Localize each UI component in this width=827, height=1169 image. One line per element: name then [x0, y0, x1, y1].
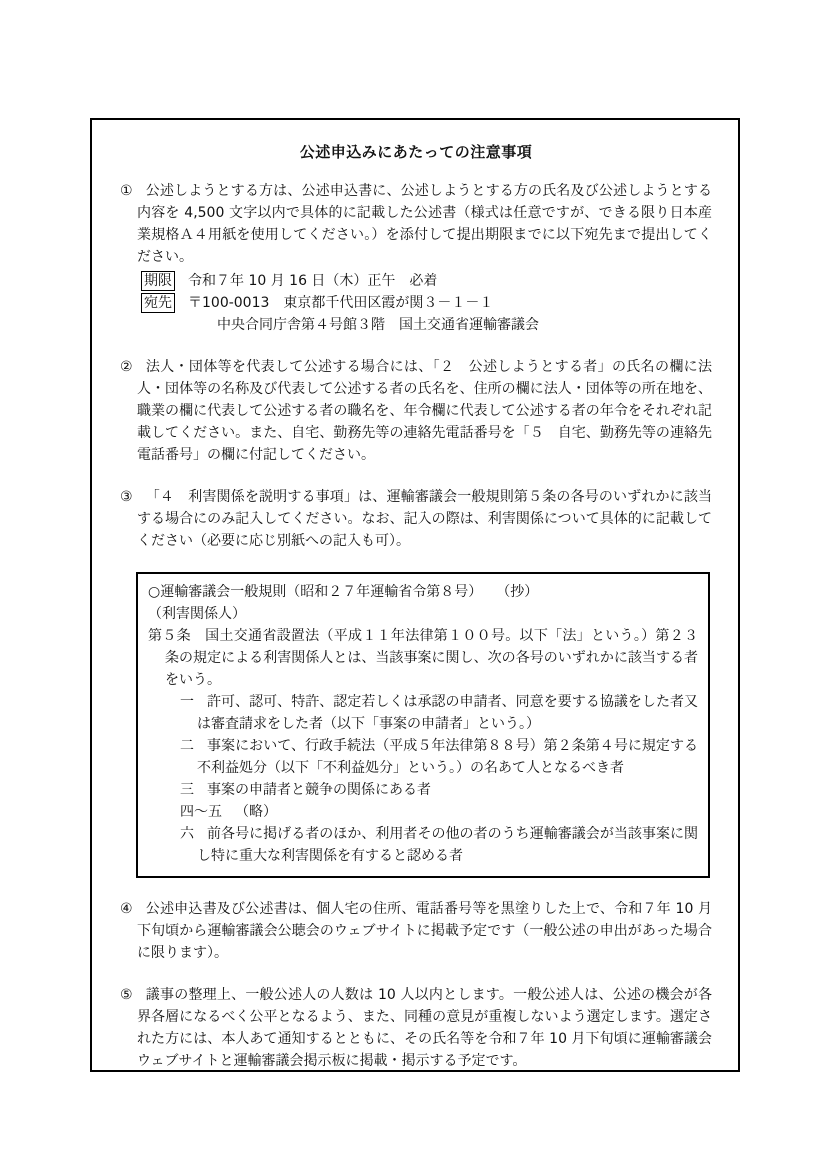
clause-5-text: 前各号に掲げる者のほか、利用者その他の者のうち運輸審議会が当該事案に関し特に重大… — [197, 826, 698, 864]
note-item-3: ③「４ 利害関係を説明する事項」は、運輸審議会一般規則第５条の各号のいずれかに該… — [120, 486, 712, 552]
clause-3-number: 三 — [180, 782, 194, 798]
note-5-number: ⑤ — [120, 987, 133, 1003]
note-2-text: 法人・団体等を代表して公述する場合には、「２ 公述しようとする者」の氏名の欄に法… — [137, 359, 712, 463]
clause-row-1: 一許可、認可、特許、認定若しくは承認の申請者、同意を要する協議をした者又は審査請… — [180, 691, 698, 735]
document-title: 公述申込みにあたっての注意事項 — [120, 140, 712, 164]
clause-1-text: 許可、認可、特許、認定若しくは承認の申請者、同意を要する協議をした者又は審査請求… — [197, 694, 698, 732]
recipient-row: 宛先〒100-0013 東京都千代田区霞が関３－１－１ — [141, 292, 712, 314]
clause-3-text: 事案の申請者と競争の関係にある者 — [207, 782, 431, 798]
note-1-number: ① — [120, 183, 133, 199]
regulation-box: ○運輸審議会一般規則（昭和２７年運輸省令第８号） （抄） （利害関係人） 第５条… — [136, 572, 710, 878]
document-frame: 公述申込みにあたっての注意事項 ①公述しようとする方は、公述申込書に、公述しよう… — [90, 118, 740, 1072]
clause-row-3: 三事案の申請者と競争の関係にある者 — [180, 779, 698, 801]
recipient-address-line1: 〒100-0013 東京都千代田区霞が関３－１－１ — [188, 295, 493, 311]
recipient-label: 宛先 — [141, 293, 175, 313]
deadline-value: 令和７年 10 月 16 日（木）正午 必着 — [188, 273, 437, 289]
clause-1-number: 一 — [180, 694, 194, 710]
note-5-text: 議事の整理上、一般公述人の人数は 10 人以内とします。一般公述人は、公述の機会… — [137, 987, 712, 1069]
note-item-1: ①公述しようとする方は、公述申込書に、公述しようとする方の氏名及び公述しようとす… — [120, 180, 712, 268]
note-2-number: ② — [120, 359, 133, 375]
note-3-text: 「４ 利害関係を説明する事項」は、運輸審議会一般規則第５条の各号のいずれかに該当… — [137, 489, 712, 549]
clause-row-4: 四～五（略） — [180, 801, 698, 823]
clause-4-number: 四～五 — [180, 804, 222, 820]
note-1-text: 公述しようとする方は、公述申込書に、公述しようとする方の氏名及び公述しようとする… — [137, 183, 712, 265]
clause-row-2: 二事案において、行政手続法（平成５年法律第８８号）第２条第４号に規定する不利益処… — [180, 735, 698, 779]
regulation-subheading: （利害関係人） — [148, 603, 698, 625]
note-item-4: ④公述申込書及び公述書は、個人宅の住所、電話番号等を黒塗りした上で、令和７年 1… — [120, 898, 712, 964]
regulation-article: 第５条 国土交通省設置法（平成１１年法律第１００号。以下「法」という。）第２３条… — [148, 625, 698, 691]
note-3-number: ③ — [120, 489, 133, 505]
note-item-2: ②法人・団体等を代表して公述する場合には、「２ 公述しようとする者」の氏名の欄に… — [120, 356, 712, 466]
clause-4-text: （略） — [235, 804, 277, 820]
deadline-label: 期限 — [141, 271, 175, 291]
clause-5-number: 六 — [180, 826, 194, 842]
clause-row-5: 六前各号に掲げる者のほか、利用者その他の者のうち運輸審議会が当該事案に関し特に重… — [180, 823, 698, 867]
note-4-text: 公述申込書及び公述書は、個人宅の住所、電話番号等を黒塗りした上で、令和７年 10… — [137, 901, 712, 961]
recipient-address-line2: 中央合同庁舎第４号館３階 国土交通省運輸審議会 — [217, 314, 712, 336]
clause-2-number: 二 — [180, 738, 194, 754]
note-4-number: ④ — [120, 901, 133, 917]
note-item-5: ⑤議事の整理上、一般公述人の人数は 10 人以内とします。一般公述人は、公述の機… — [120, 984, 712, 1072]
clause-2-text: 事案において、行政手続法（平成５年法律第８８号）第２条第４号に規定する不利益処分… — [197, 738, 698, 776]
deadline-row: 期限令和７年 10 月 16 日（木）正午 必着 — [141, 270, 712, 292]
regulation-heading: ○運輸審議会一般規則（昭和２７年運輸省令第８号） （抄） — [148, 581, 698, 603]
submission-details: 期限令和７年 10 月 16 日（木）正午 必着 宛先〒100-0013 東京都… — [141, 270, 712, 336]
